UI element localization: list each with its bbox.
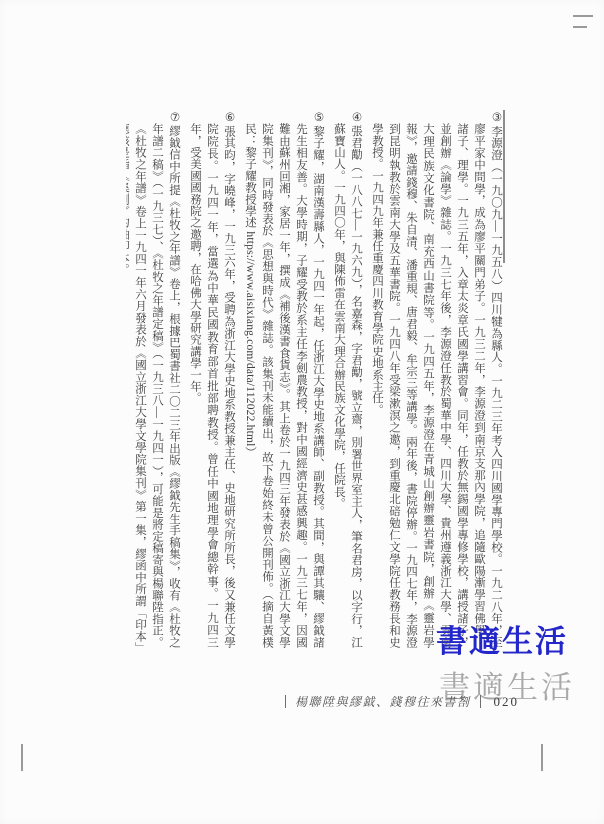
- crop-mark-bottom-right-icon: [541, 744, 543, 771]
- footer-book-title: 楊聯陞與繆鉞、錢穆往來書劄: [295, 693, 471, 710]
- footnote-4-marker: ④: [350, 110, 362, 125]
- footnote-4-text: 張君勱（一八八七—一九六九），名嘉森，字君勱，號立齋，別署世界室主人，筆名君房，…: [333, 123, 362, 648]
- footnote-6: ⑥張其昀，字曉峰，一九三六年，受聘為浙江大學史地系教授兼主任、史地研究所所長，後…: [186, 110, 237, 648]
- footnote-6-text: 張其昀，字曉峰，一九三六年，受聘為浙江大學史地系教授兼主任、史地研究所所長，後又…: [189, 123, 235, 648]
- footnote-5: ⑤黎子耀，湖南漢壽縣人，一九四一年起，任浙江大學史地系講師、副教授。其間，與譚其…: [241, 110, 326, 648]
- footnote-6-marker: ⑥: [223, 110, 235, 125]
- footnote-3: ③李源澄（一九〇九—一九五八）四川犍為縣人。一九二三年考入四川國學專門學校。一九…: [368, 110, 504, 648]
- crop-mark-top-right-icon: [573, 15, 593, 17]
- footnote-3-marker: ③: [490, 110, 502, 125]
- footnote-4: ④張君勱（一八八七—一九六九），名嘉森，字君勱，號立齋，別署世界室主人，筆名君房…: [330, 110, 364, 648]
- footnote-7-text: 繆鉞信中所提《杜牧之年譜》卷上，根據巴蜀書社二〇二三年出版《繆鉞先生手稿集》，收…: [126, 123, 180, 648]
- footer-right-bar-icon: [480, 695, 481, 708]
- footnote-7-marker: ⑦: [168, 110, 180, 125]
- footnotes-block: ③李源澄（一九〇九—一九五八）四川犍為縣人。一九二三年考入四川國學專門學校。一九…: [126, 110, 504, 648]
- book-page: ③李源澄（一九〇九—一九五八）四川犍為縣人。一九二三年考入四川國學專門學校。一九…: [0, 0, 604, 824]
- footer-left-bar-icon: [285, 695, 286, 708]
- page-footer: 楊聯陞與繆鉞、錢穆往來書劄 020: [285, 693, 528, 710]
- footnote-5-marker: ⑤: [312, 110, 324, 125]
- footnote-7: ⑦繆鉞信中所提《杜牧之年譜》卷上，根據巴蜀書社二〇二三年出版《繆鉞先生手稿集》，…: [126, 110, 182, 648]
- crop-mark-bottom-left-icon: [21, 744, 23, 771]
- crop-mark-top-right-2-icon: [573, 26, 587, 28]
- footnote-5-text: 黎子耀，湖南漢壽縣人，一九四一年起，任浙江大學史地系講師、副教授。其間，與譚其驤…: [244, 123, 324, 648]
- watermark-blue: 書適生活: [436, 616, 568, 661]
- footnote-3-text: 李源澄（一九〇九—一九五八）四川犍為縣人。一九二三年考入四川國學專門學校。一九二…: [371, 123, 502, 648]
- footer-page-number: 020: [494, 694, 520, 710]
